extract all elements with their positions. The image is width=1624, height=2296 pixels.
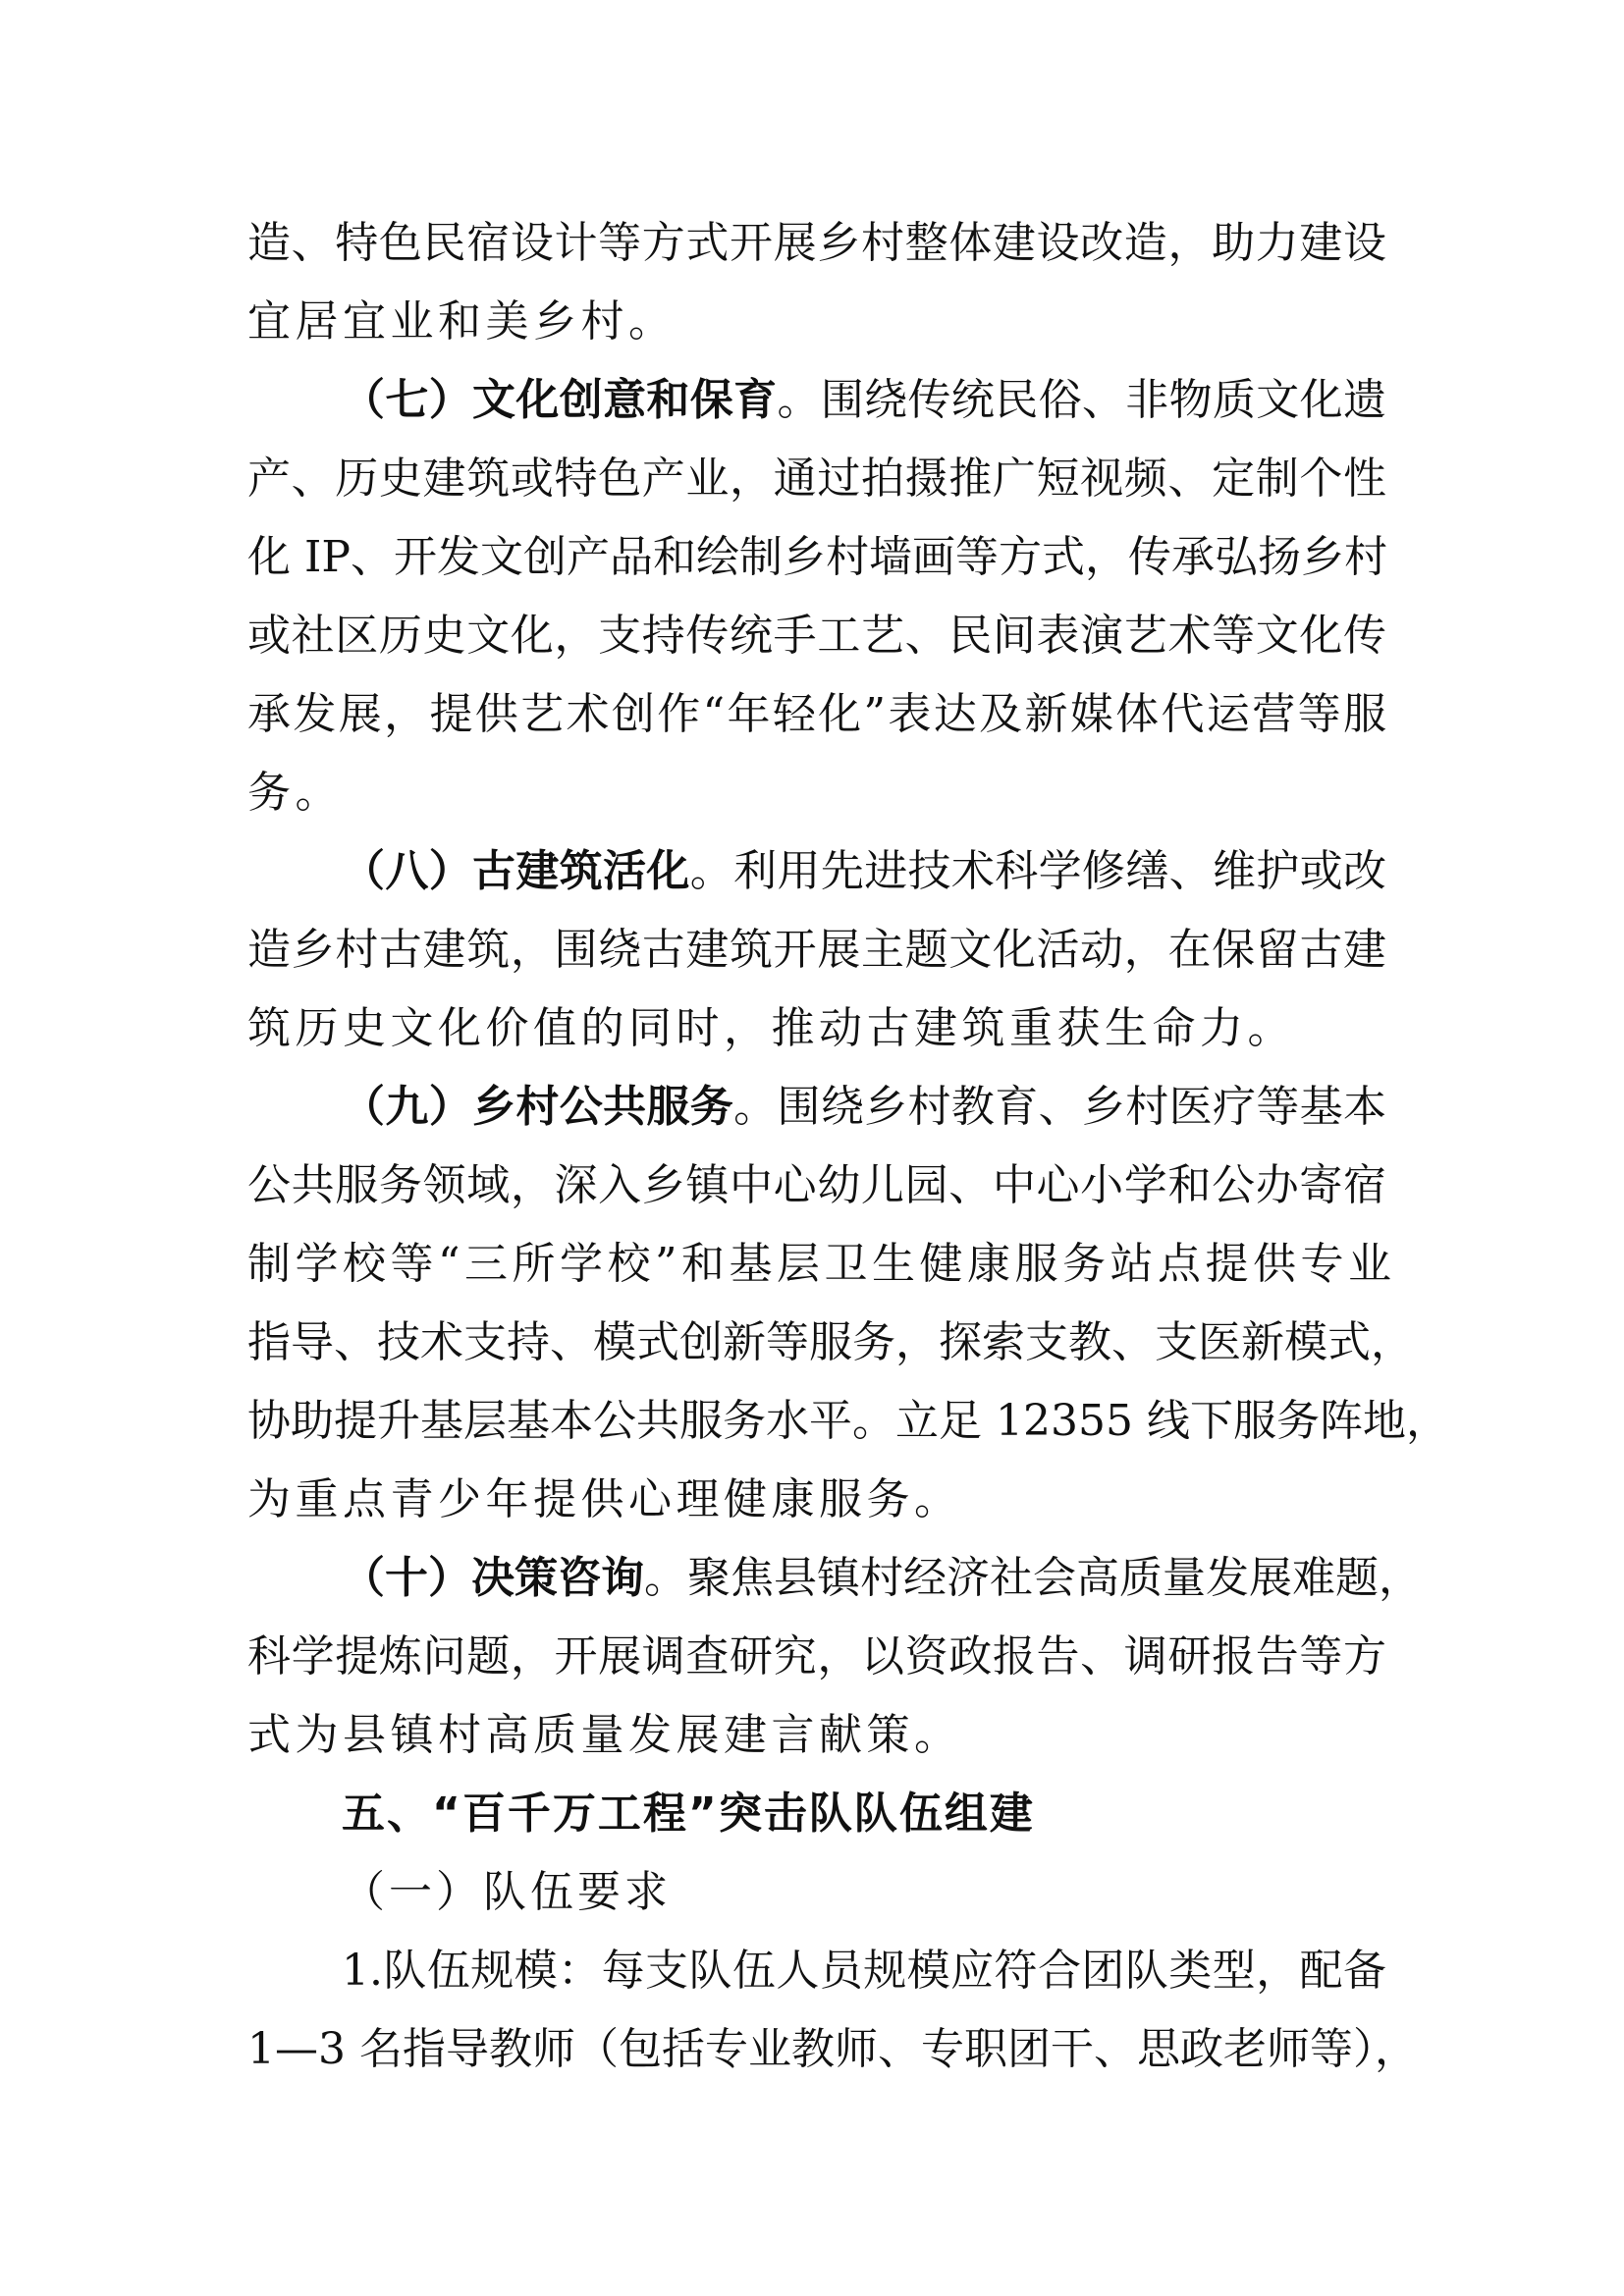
subsection-heading: （一）队伍要求	[247, 1853, 1386, 1932]
document-page: 造、特色民宿设计等方式开展乡村整体建设改造，助力建设 宜居宜业和美乡村。 （七）…	[247, 204, 1386, 2089]
section-heading: 五、“百千万工程”突击队队伍组建	[247, 1775, 1386, 1853]
paragraph-line: 化 IP、开发文创产品和绘制乡村墙画等方式，传承弘扬乡村	[247, 518, 1386, 597]
paragraph-line: 务。	[247, 754, 1386, 832]
paragraph-first-line: （九）乡村公共服务。围绕乡村教育、乡村医疗等基本	[247, 1068, 1386, 1147]
list-item-line: 1—3 名指导教师（包括专业教师、专职团干、思政老师等），	[247, 2010, 1386, 2089]
paragraph-title: （九）乡村公共服务	[342, 1082, 733, 1132]
paragraph-line: 科学提炼问题，开展调查研究，以资政报告、调研报告等方	[247, 1618, 1386, 1696]
paragraph-line: 造、特色民宿设计等方式开展乡村整体建设改造，助力建设	[247, 204, 1386, 283]
paragraph-line: 筑历史文化价值的同时，推动古建筑重获生命力。	[247, 989, 1386, 1068]
paragraph-title: （十）决策咨询	[342, 1553, 644, 1603]
paragraph-text: 。围绕乡村教育、乡村医疗等基本	[733, 1082, 1386, 1132]
paragraph-line: 式为县镇村高质量发展建言献策。	[247, 1696, 1386, 1775]
paragraph-text: 。利用先进技术科学修缮、维护或改	[690, 846, 1386, 896]
paragraph-text: 。围绕传统民俗、非物质文化遗	[777, 375, 1386, 425]
paragraph-first-line: （八）古建筑活化。利用先进技术科学修缮、维护或改	[247, 832, 1386, 911]
paragraph-line: 公共服务领域，深入乡镇中心幼儿园、中心小学和公办寄宿	[247, 1147, 1386, 1225]
paragraph-title: （七）文化创意和保育	[342, 375, 777, 425]
paragraph-line: 产、历史建筑或特色产业，通过拍摄推广短视频、定制个性	[247, 440, 1386, 518]
paragraph-line: 协助提升基层基本公共服务水平。立足 12355 线下服务阵地，	[247, 1382, 1386, 1461]
paragraph-line: 或社区历史文化，支持传统手工艺、民间表演艺术等文化传	[247, 597, 1386, 675]
paragraph-line: 为重点青少年提供心理健康服务。	[247, 1461, 1386, 1539]
paragraph-title: （八）古建筑活化	[342, 846, 690, 896]
paragraph-first-line: （七）文化创意和保育。围绕传统民俗、非物质文化遗	[247, 361, 1386, 440]
paragraph-line: 造乡村古建筑，围绕古建筑开展主题文化活动，在保留古建	[247, 911, 1386, 989]
paragraph-line: 宜居宜业和美乡村。	[247, 283, 1386, 361]
paragraph-line: 承发展，提供艺术创作“年轻化”表达及新媒体代运营等服	[247, 675, 1386, 754]
paragraph-line: 指导、技术支持、模式创新等服务，探索支教、支医新模式，	[247, 1304, 1386, 1382]
paragraph-text: 。聚焦县镇村经济社会高质量发展难题，	[644, 1553, 1422, 1603]
list-item-first-line: 1.队伍规模：每支队伍人员规模应符合团队类型，配备	[247, 1932, 1386, 2010]
paragraph-first-line: （十）决策咨询。聚焦县镇村经济社会高质量发展难题，	[247, 1539, 1386, 1618]
paragraph-line: 制学校等“三所学校”和基层卫生健康服务站点提供专业	[247, 1225, 1386, 1304]
